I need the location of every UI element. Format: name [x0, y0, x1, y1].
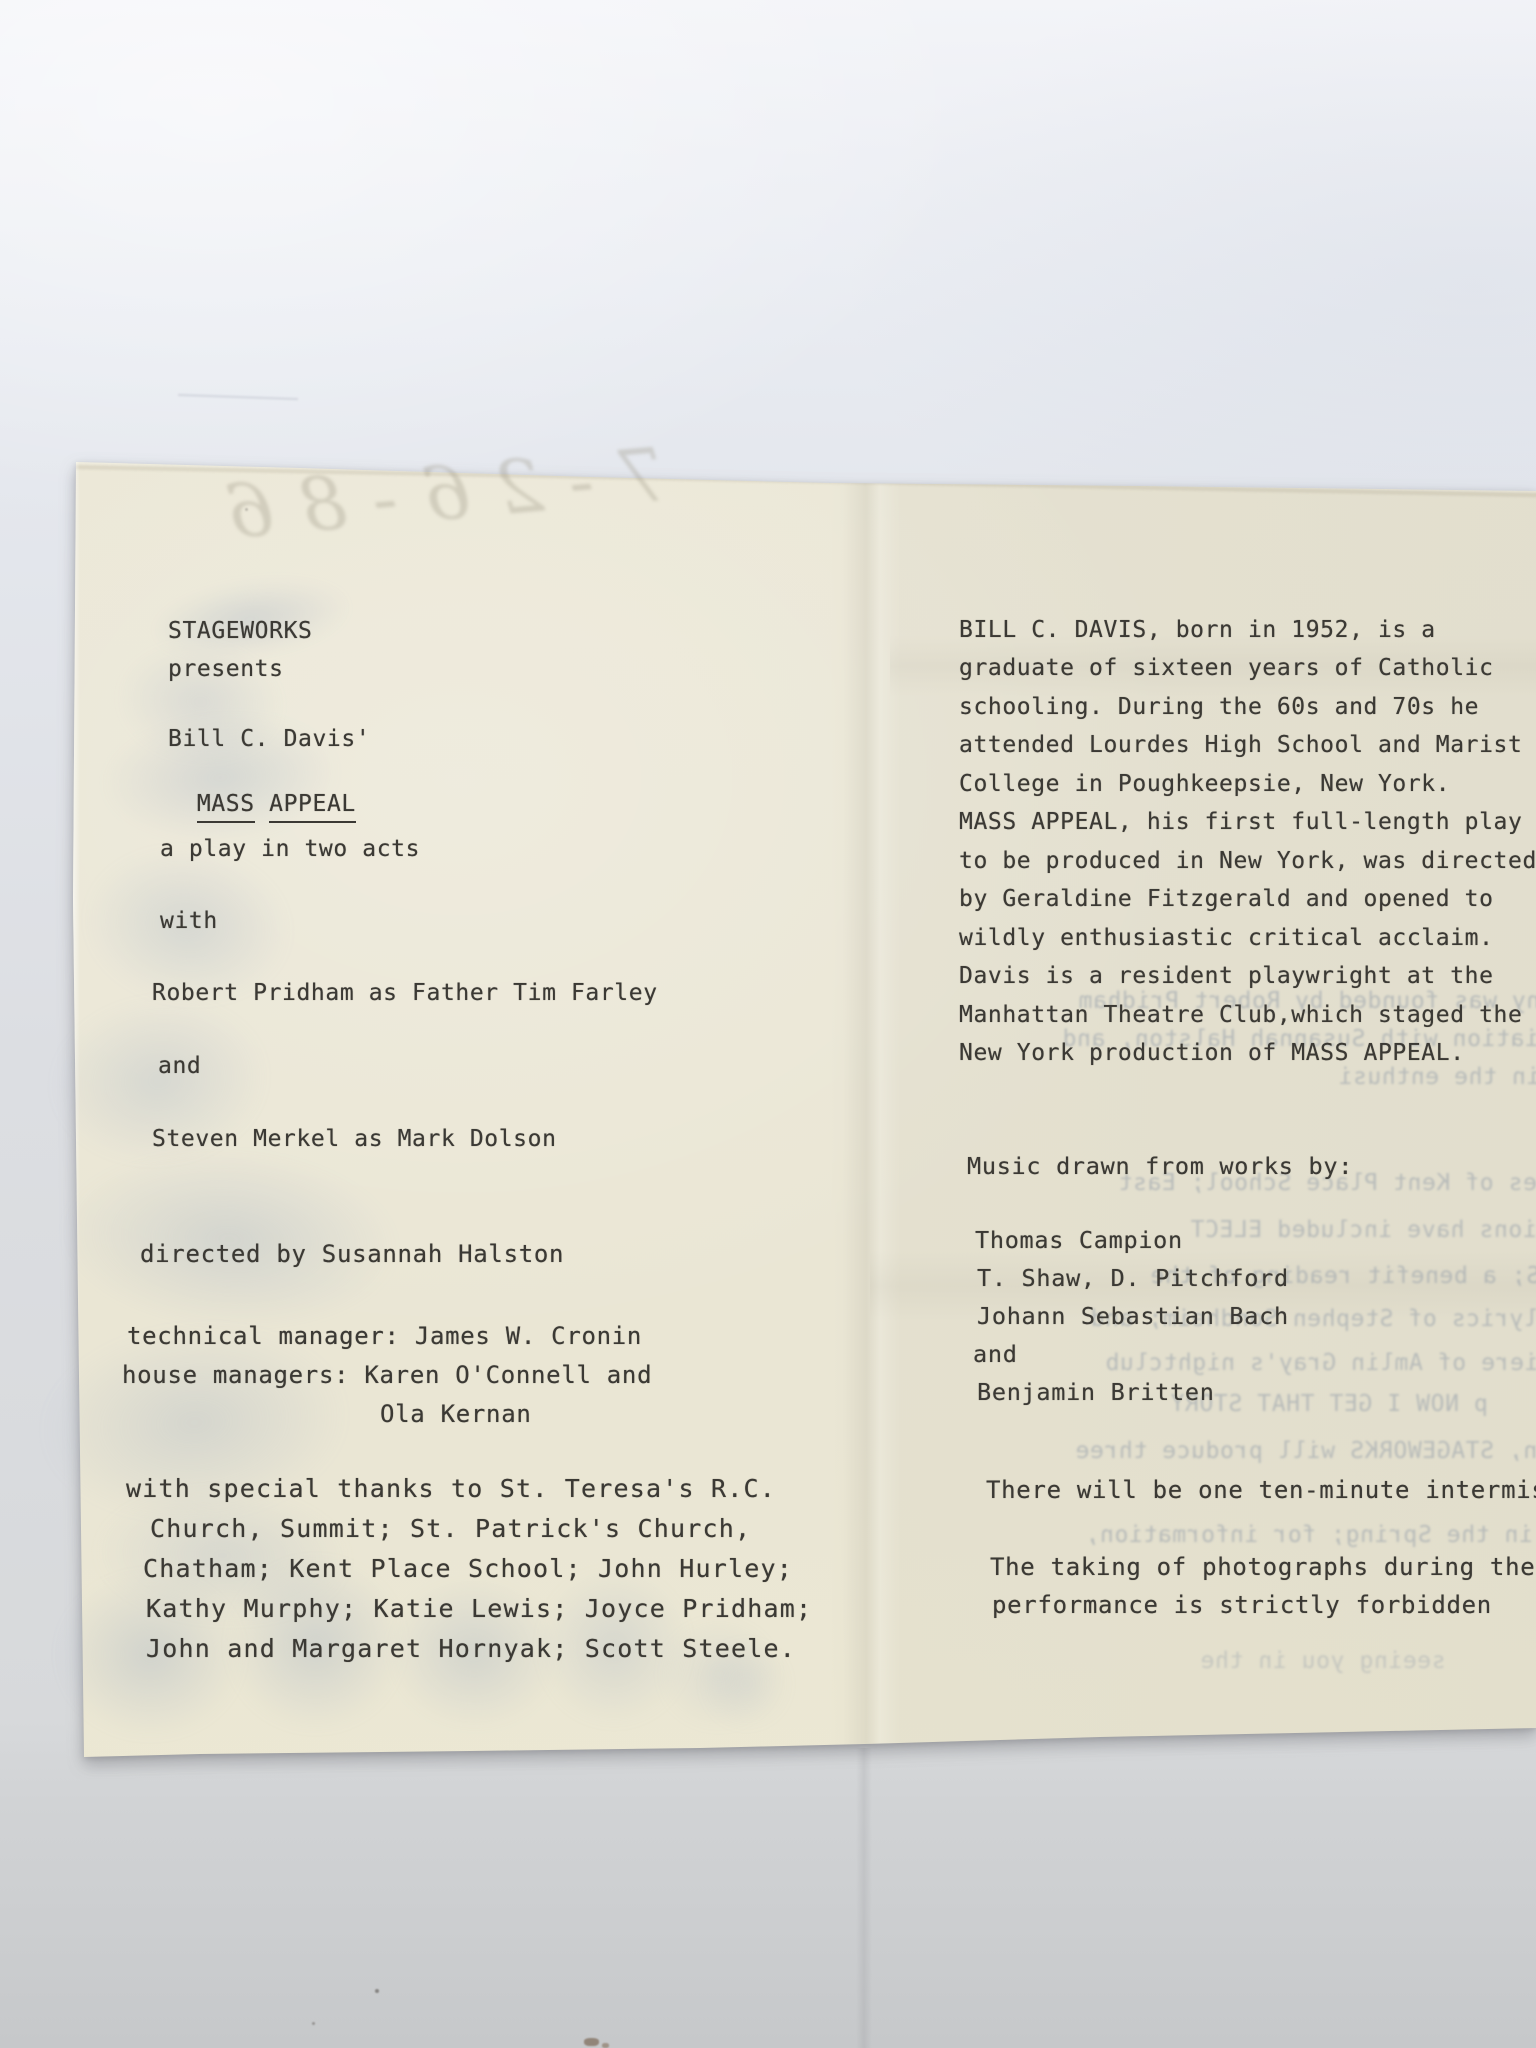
bio-line: Manhattan Theatre Club,which staged the [959, 1002, 1522, 1030]
bio-line: MASS APPEAL, his first full-length play [959, 809, 1522, 837]
paper-left-edge-highlight [73, 462, 80, 1757]
director-credit: directed by Susannah Halston [140, 1240, 564, 1269]
photo-of-theatre-program: { "handwritten_date_bleedthrough": "7-26… [0, 0, 1536, 2048]
bleedthrough-text-line: seeing you in the [1200, 1648, 1446, 1676]
bio-line: wildly enthusiastic critical acclaim. [959, 925, 1494, 953]
dust-speck [245, 508, 248, 511]
composer-name: Benjamin Britten [977, 1378, 1215, 1406]
bleedthrough-text-line: ctions have included ELECT [1190, 1217, 1536, 1245]
play-title: MASS APPEAL [168, 763, 356, 818]
dust-speck [375, 1989, 379, 1993]
bleedthrough-text-line: season, STAGEWORKS will produce three [1075, 1438, 1536, 1466]
bio-line: College in Poughkeepsie, New York. [959, 771, 1450, 799]
special-thanks-line: Kathy Murphy; Katie Lewis; Joyce Pridham… [146, 1594, 812, 1624]
bleedthrough-text-line: ance in the Spring; for information, [1085, 1522, 1536, 1550]
house-managers-credit: house managers: Karen O'Connell and [122, 1361, 652, 1390]
ink-smudge [584, 2038, 599, 2046]
bleedthrough-text-line: in the enthusi [1338, 1064, 1536, 1092]
special-thanks-line: John and Margaret Hornyak; Scott Steele. [146, 1634, 796, 1664]
bio-line: by Geraldine Fitzgerald and opened to [959, 886, 1494, 914]
cast-line-mark-dolson: Steven Merkel as Mark Dolson [152, 1126, 557, 1154]
bio-line: New York production of MASS APPEAL. [959, 1040, 1465, 1068]
composer-name: Johann Sebastian Bach [977, 1302, 1289, 1330]
photography-notice-line: performance is strictly forbidden [992, 1591, 1492, 1620]
music-heading: Music drawn from works by: [967, 1152, 1353, 1180]
house-managers-credit-continued: Ola Kernan [380, 1400, 532, 1429]
composer-name: T. Shaw, D. Pitchford [977, 1264, 1289, 1292]
bio-line: BILL C. DAVIS, born in 1952, is a [959, 617, 1436, 645]
play-title-word: APPEAL [269, 791, 356, 823]
special-thanks-line: with special thanks to St. Teresa's R.C. [126, 1474, 776, 1504]
bio-line: graduate of sixteen years of Catholic [959, 655, 1494, 683]
bleedthrough-text-line: ies premiere of Amlin Gray's nightclub [1105, 1350, 1536, 1378]
bleedthrough-text-line: p NOW I GET THAT STORY [1170, 1391, 1488, 1419]
intermission-notice: There will be one ten-minute intermis [986, 1476, 1536, 1505]
playwright-credit: Bill C. Davis' [168, 726, 370, 754]
cast-line-father-farley: Robert Pridham as Father Tim Farley [152, 980, 658, 1008]
composer-name: Thomas Campion [975, 1226, 1183, 1254]
producer-name: STAGEWORKS [168, 618, 312, 646]
special-thanks-line: Chatham; Kent Place School; John Hurley; [143, 1554, 793, 1584]
dust-speck [312, 2022, 315, 2025]
bio-line: schooling. During the 60s and 70s he [959, 694, 1479, 722]
play-subtitle: a play in two acts [160, 836, 420, 864]
play-title-word: MASS [197, 791, 255, 823]
presents-label: presents [168, 656, 284, 684]
bio-line: attended Lourdes High School and Marist [959, 732, 1522, 760]
bio-line: Davis is a resident playwright at the [959, 963, 1494, 991]
bio-line: to be produced in New York, was directed [959, 848, 1536, 876]
and-label: and [158, 1053, 201, 1081]
composer-list-and-label: and [973, 1340, 1018, 1368]
special-thanks-line: Church, Summit; St. Patrick's Church, [150, 1514, 751, 1544]
photography-notice-line: The taking of photographs during the [990, 1553, 1535, 1582]
with-label: with [160, 908, 218, 936]
technical-manager-credit: technical manager: James W. Cronin [127, 1322, 642, 1351]
ink-smudge [602, 2043, 609, 2048]
fold-crease [843, 460, 901, 1755]
